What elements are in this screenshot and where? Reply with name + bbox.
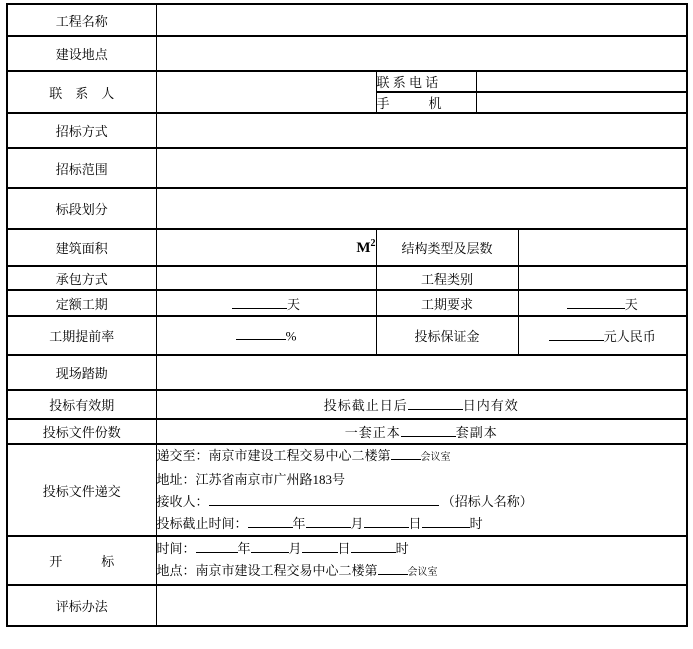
row-duration: 定额工期 天 工期要求 天	[7, 290, 687, 316]
tender-info-form: 工程名称 建设地点 联 系 人 联 系 电 话 手 机 招标方式 招标范围 标段…	[6, 3, 688, 627]
blank-line	[209, 493, 439, 506]
row-contact-phone: 联 系 人 联 系 电 话	[7, 71, 687, 92]
row-bid-method: 招标方式	[7, 113, 687, 148]
contact-phone-value-cell	[476, 71, 687, 92]
project-category-value-cell	[518, 266, 687, 290]
blank-line	[236, 327, 286, 340]
bid-validity-label: 投标有效期	[7, 390, 156, 419]
row-bid-validity: 投标有效期 投标截止日后日内有效	[7, 390, 687, 419]
blank-line	[401, 424, 456, 437]
site-survey-label: 现场踏勘	[7, 355, 156, 390]
blank-line	[302, 539, 338, 552]
quota-duration-value-cell: 天	[156, 290, 376, 316]
blank-line	[378, 561, 408, 574]
sections-value-cell	[156, 188, 687, 229]
contract-method-label: 承包方式	[7, 266, 156, 290]
row-building-area: 建筑面积 M2 结构类型及层数	[7, 229, 687, 266]
bid-scope-label: 招标范围	[7, 148, 156, 188]
project-name-label: 工程名称	[7, 4, 156, 36]
blank-line	[251, 539, 289, 552]
duration-requirement-value-cell: 天	[518, 290, 687, 316]
blank-line	[232, 295, 287, 308]
location-value-cell	[156, 36, 687, 71]
bid-deposit-value-cell: 元人民币	[518, 316, 687, 355]
bid-deposit-label: 投标保证金	[376, 316, 518, 355]
blank-line	[351, 539, 396, 552]
bid-copies-label: 投标文件份数	[7, 419, 156, 444]
opening-venue-line: 地点：南京市建设工程交易中心二楼第会议室	[157, 560, 687, 584]
location-label: 建设地点	[7, 36, 156, 71]
bid-submission-detail-cell: 递交至：南京市建设工程交易中心二楼第会议室 地址：江苏省南京市广州路183号 接…	[156, 444, 687, 536]
site-survey-value-cell	[156, 355, 687, 390]
row-bid-opening: 开 标 时间：年月日时 地点：南京市建设工程交易中心二楼第会议室	[7, 536, 687, 585]
row-project-name: 工程名称	[7, 4, 687, 36]
blank-line	[422, 515, 470, 528]
row-bid-copies: 投标文件份数 一套正本套副本	[7, 419, 687, 444]
bid-submission-label: 投标文件递交	[7, 444, 156, 536]
bid-opening-label: 开 标	[7, 536, 156, 585]
advance-rate-label: 工期提前率	[7, 316, 156, 355]
blank-line	[306, 515, 351, 528]
bid-scope-value-cell	[156, 148, 687, 188]
project-category-label: 工程类别	[376, 266, 518, 290]
row-advance-rate: 工期提前率 % 投标保证金 元人民币	[7, 316, 687, 355]
blank-line	[391, 447, 421, 460]
building-area-label: 建筑面积	[7, 229, 156, 266]
row-evaluation: 评标办法	[7, 585, 687, 626]
contract-method-value-cell	[156, 266, 376, 290]
blank-line	[549, 328, 604, 341]
sections-label: 标段划分	[7, 188, 156, 229]
contact-mobile-label: 手 机	[376, 92, 476, 113]
evaluation-value-cell	[156, 585, 687, 626]
submission-receiver-line: 接收人： （招标人名称）	[157, 491, 687, 513]
row-location: 建设地点	[7, 36, 687, 71]
project-name-value-cell	[156, 4, 687, 36]
row-sections: 标段划分	[7, 188, 687, 229]
bid-method-label: 招标方式	[7, 113, 156, 148]
contact-name-value-cell	[156, 71, 376, 113]
bid-validity-value-cell: 投标截止日后日内有效	[156, 390, 687, 419]
blank-line	[408, 397, 463, 410]
bid-copies-value-cell: 一套正本套副本	[156, 419, 687, 444]
advance-rate-value-cell: %	[156, 316, 376, 355]
blank-line	[364, 515, 409, 528]
structure-type-label: 结构类型及层数	[376, 229, 518, 266]
row-site-survey: 现场踏勘	[7, 355, 687, 390]
building-area-value-cell: M2	[156, 229, 376, 266]
blank-line	[567, 295, 625, 308]
contact-label: 联 系 人	[7, 71, 156, 113]
blank-line	[248, 515, 293, 528]
row-bid-scope: 招标范围	[7, 148, 687, 188]
quota-duration-label: 定额工期	[7, 290, 156, 316]
bid-method-value-cell	[156, 113, 687, 148]
row-contract-method: 承包方式 工程类别	[7, 266, 687, 290]
submission-venue-line: 递交至：南京市建设工程交易中心二楼第会议室	[157, 445, 687, 469]
bid-opening-detail-cell: 时间：年月日时 地点：南京市建设工程交易中心二楼第会议室	[156, 536, 687, 585]
opening-time-line: 时间：年月日时	[157, 538, 687, 560]
row-bid-submission: 投标文件递交 递交至：南京市建设工程交易中心二楼第会议室 地址：江苏省南京市广州…	[7, 444, 687, 536]
blank-line	[196, 539, 238, 552]
duration-requirement-label: 工期要求	[376, 290, 518, 316]
submission-deadline-line: 投标截止时间：年月日时	[157, 513, 687, 535]
evaluation-label: 评标办法	[7, 585, 156, 626]
structure-type-value-cell	[518, 229, 687, 266]
square-meter-unit: M2	[356, 240, 375, 256]
submission-address-line: 地址：江苏省南京市广州路183号	[157, 469, 687, 491]
contact-mobile-value-cell	[476, 92, 687, 113]
contact-phone-label: 联 系 电 话	[376, 71, 476, 92]
